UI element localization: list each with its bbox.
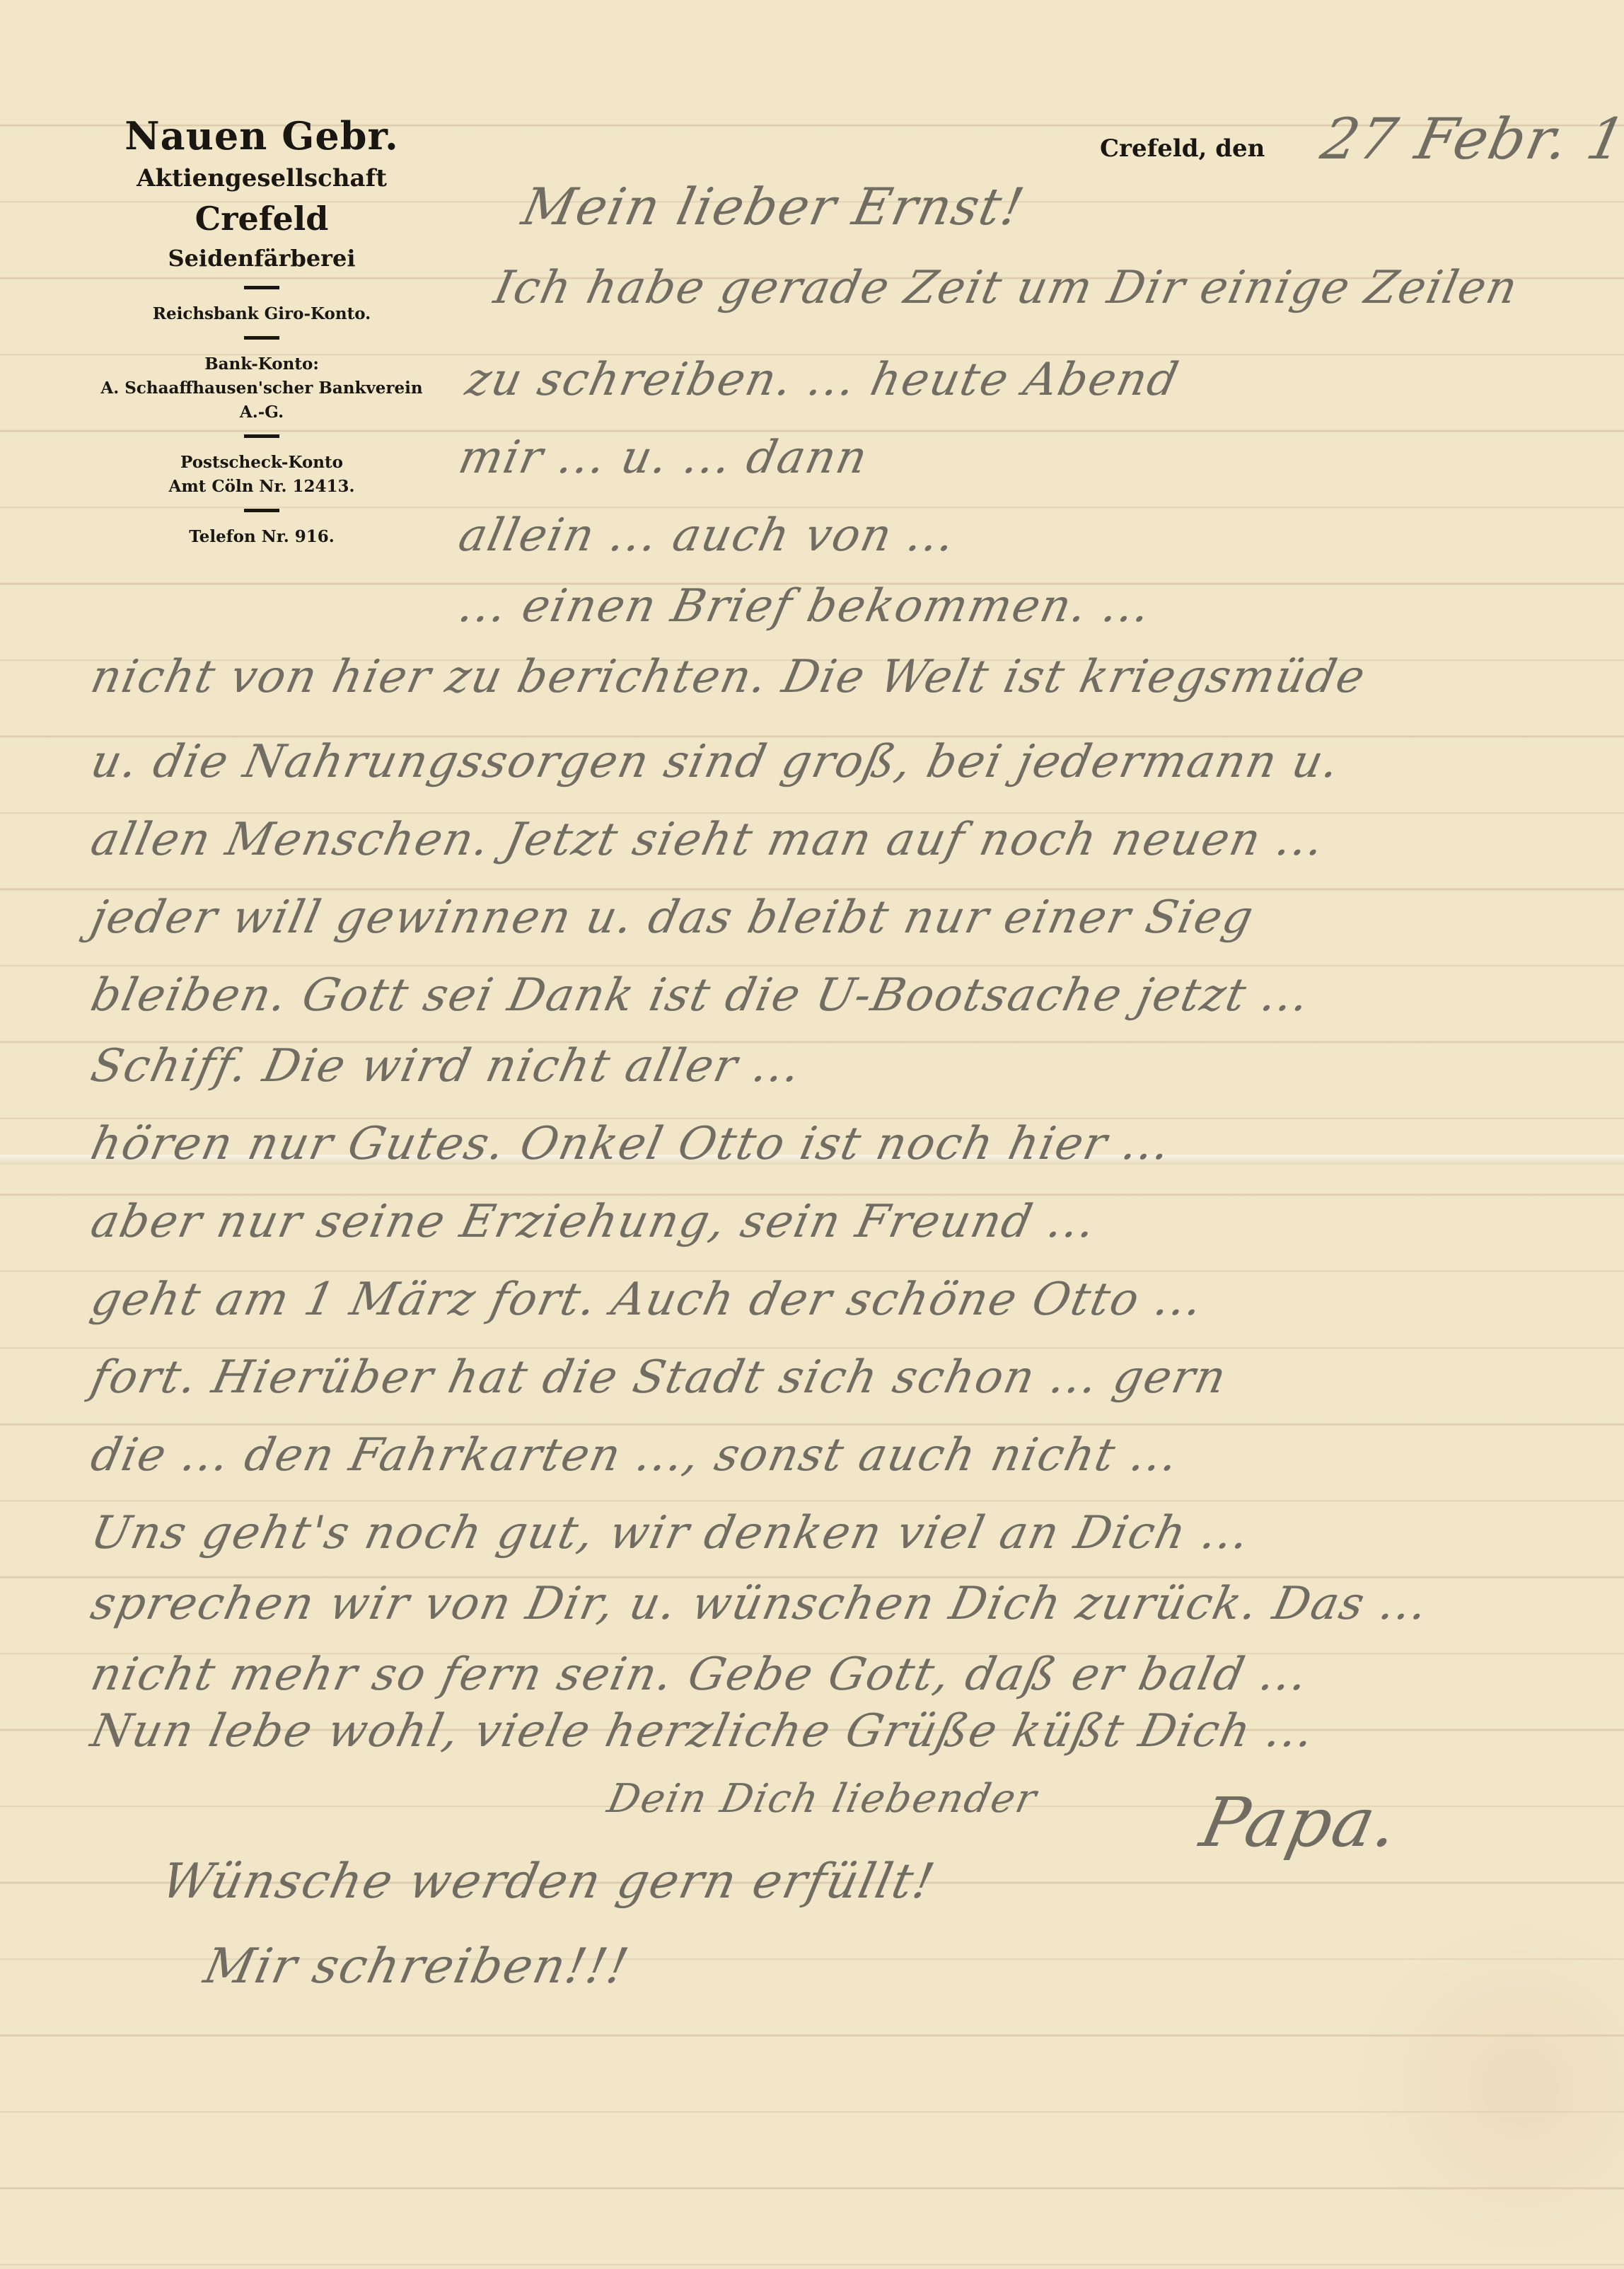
telephone: Telefon Nr. 916. [78,525,446,549]
letter-line: zu schreiben. ... heute Abend [461,354,1183,406]
signature: Papa. [1194,1783,1407,1862]
letter-line: fort. Hierüber hat die Stadt sich schon … [86,1351,1231,1404]
company-type: Aktiengesellschaft [78,164,446,192]
reichsbank-account: Reichsbank Giro-Konto. [78,302,446,326]
letter-line: Nun lebe wohl, viele herzliche Grüße küß… [86,1705,1319,1757]
closing: Dein Dich liebender [603,1776,1041,1822]
letter-line: Uns geht's noch gut, wir denken viel an … [86,1507,1255,1559]
divider [244,286,279,289]
postscheck-label: Postscheck-Konto [78,451,446,475]
company-name: Nauen Gebr. [78,113,446,158]
letter-line: nicht von hier zu berichten. Die Welt is… [86,651,1371,703]
letter-line: allein ... auch von ... [454,509,961,562]
letter-line: aber nur seine Erziehung, sein Freund ..… [86,1196,1101,1248]
letter-line: mir ... u. ... dann [454,432,873,484]
postscript-line-2: Mir schreiben!!! [199,1939,634,1994]
company-city: Crefeld [78,200,446,238]
divider [244,509,279,512]
bank-account-label: Bank-Konto: [78,352,446,376]
letter-line: u. die Nahrungssorgen sind groß, bei jed… [86,736,1345,788]
handwritten-date: 27 Febr. 1 [1316,106,1624,172]
divider [244,336,279,340]
letter-line: nicht mehr so fern sein. Gebe Gott, daß … [86,1649,1313,1701]
letter-line: die ... den Fahrkarten ..., sonst auch n… [86,1429,1184,1482]
letterhead: Nauen Gebr. Aktiengesellschaft Crefeld S… [78,113,446,549]
letter-line: sprechen wir von Dir, u. wünschen Dich z… [86,1578,1433,1630]
postscheck-value: Amt Cöln Nr. 12413. [78,475,446,499]
salutation: Mein lieber Ernst! [517,177,1030,236]
postscript-line-1: Wünsche werden gern erfüllt! [157,1854,941,1910]
dateline-printed: Crefeld, den [1100,134,1265,163]
letter-line: hören nur Gutes. Onkel Otto ist noch hie… [86,1118,1176,1170]
bank-suffix: A.-G. [78,400,446,425]
letter-line: jeder will gewinnen u. das bleibt nur ei… [86,891,1259,944]
company-trade: Seidenfärberei [78,245,446,272]
letter-line: allen Menschen. Jetzt sieht man auf noch… [86,814,1330,866]
letter-line: geht am 1 März fort. Auch der schöne Ott… [86,1274,1208,1326]
divider [244,434,279,438]
bank-name: A. Schaaffhausen'scher Bankverein [50,376,474,400]
letter-line: ... einen Brief bekommen. ... [454,580,1156,633]
letter-line: Ich habe gerade Zeit um Dir einige Zeile… [489,262,1523,314]
letter-line: Schiff. Die wird nicht aller ... [86,1040,806,1092]
letter-line: bleiben. Gott sei Dank ist die U-Bootsac… [86,969,1315,1022]
